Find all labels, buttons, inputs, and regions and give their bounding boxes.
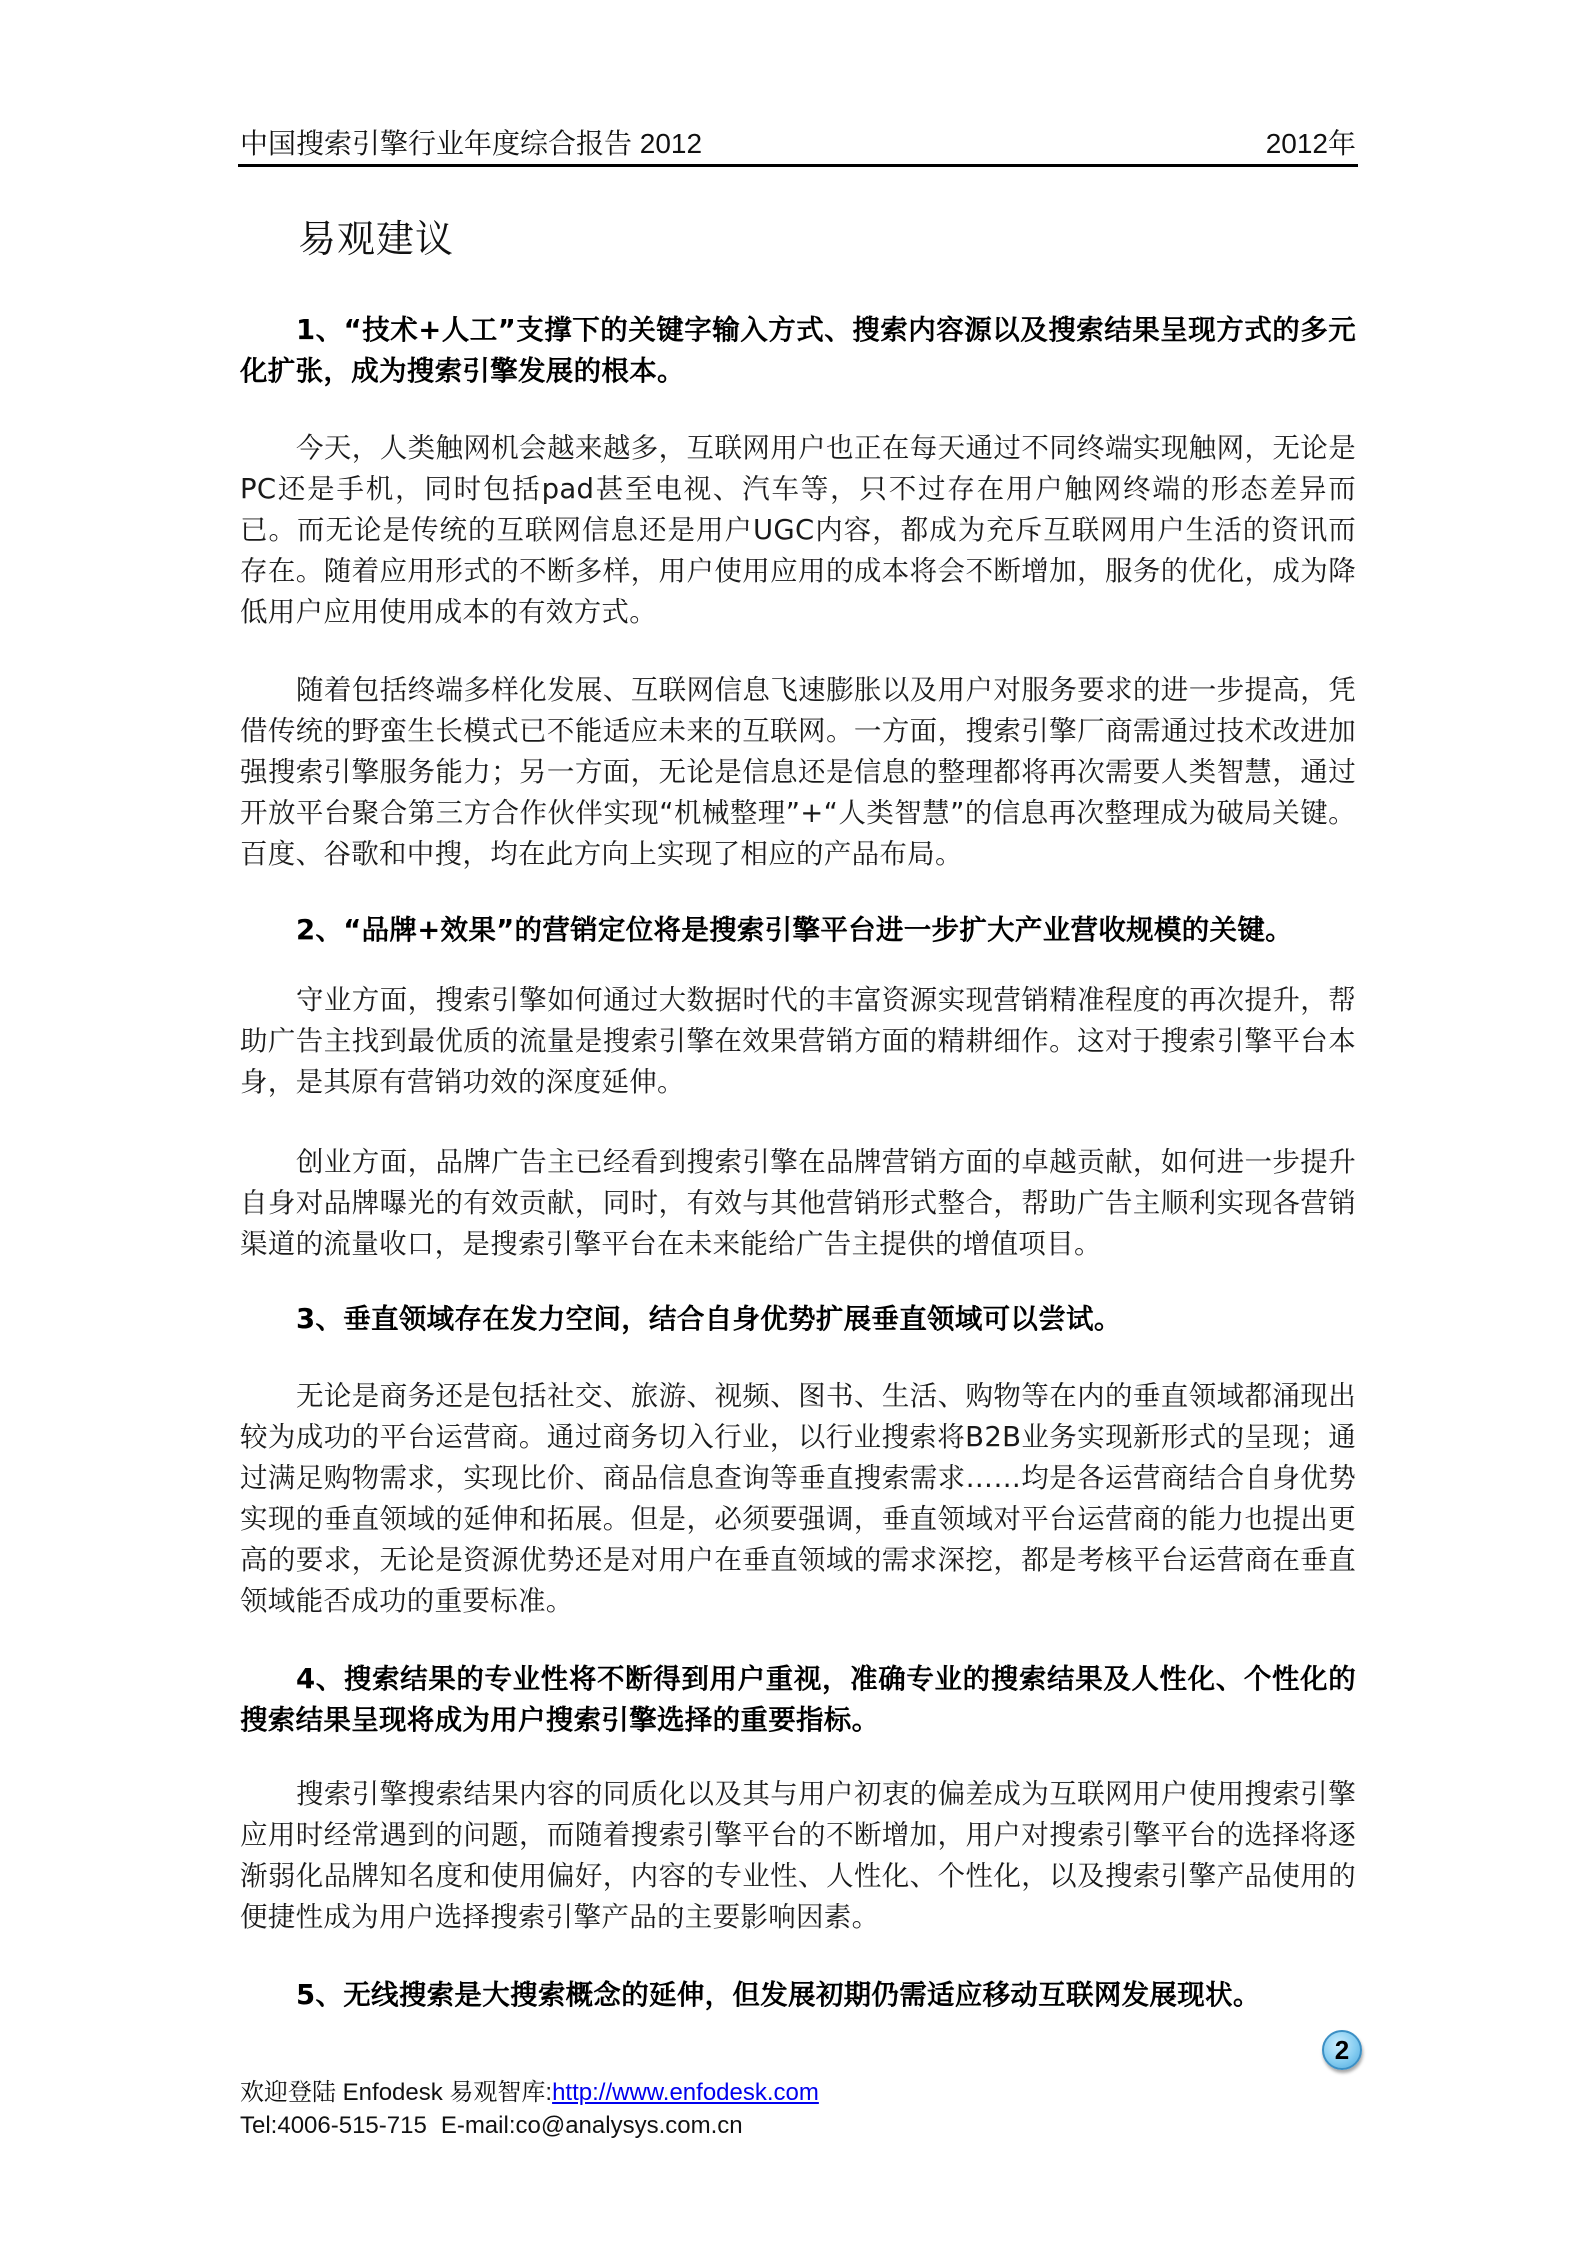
section-heading-2: 2、“品牌+效果”的营销定位将是搜索引擎平台进一步扩大产业营收规模的关键。	[240, 910, 1356, 951]
footer-line-1: 欢迎登陆 Enfodesk 易观智库:http://www.enfodesk.c…	[240, 2072, 819, 2107]
page-number-badge: 2	[1322, 2030, 1362, 2070]
enfodesk-link[interactable]: http://www.enfodesk.com	[552, 2079, 819, 2106]
report-title: 中国搜索引擎行业年度综合报告 2012	[240, 122, 702, 162]
section-heading-1: 1、“技术+人工”支撑下的关键字输入方式、搜索内容源以及搜索结果呈现方式的多元化…	[240, 310, 1356, 392]
document-page: 中国搜索引擎行业年度综合报告 2012 2012年 易观建议 1、“技术+人工”…	[0, 0, 1587, 2245]
header-divider	[238, 164, 1358, 167]
paragraph-4-1: 搜索引擎搜索结果内容的同质化以及其与用户初衷的偏差成为互联网用户使用搜索引擎应用…	[240, 1774, 1356, 1938]
section-heading-3: 3、垂直领域存在发力空间，结合自身优势扩展垂直领域可以尝试。	[240, 1299, 1356, 1340]
page-title: 易观建议	[298, 208, 454, 263]
paragraph-2-2: 创业方面，品牌广告主已经看到搜索引擎在品牌营销方面的卓越贡献，如何进一步提升自身…	[240, 1142, 1356, 1265]
year-label: 2012年	[1266, 122, 1356, 162]
section-heading-5: 5、无线搜索是大搜索概念的延伸，但发展初期仍需适应移动互联网发展现状。	[240, 1975, 1356, 2016]
footer-email: E-mail:co@analysys.com.cn	[441, 2112, 743, 2139]
footer-tel: Tel:4006-515-715	[240, 2112, 427, 2139]
footer-welcome-text: 欢迎登陆 Enfodesk 易观智库:	[240, 2079, 552, 2106]
paragraph-1-2: 随着包括终端多样化发展、互联网信息飞速膨胀以及用户对服务要求的进一步提高，凭借传…	[240, 670, 1356, 875]
paragraph-1-1: 今天，人类触网机会越来越多，互联网用户也正在每天通过不同终端实现触网，无论是PC…	[240, 428, 1356, 633]
footer-line-2: Tel:4006-515-715E-mail:co@analysys.com.c…	[240, 2112, 743, 2140]
paragraph-2-1: 守业方面，搜索引擎如何通过大数据时代的丰富资源实现营销精准程度的再次提升，帮助广…	[240, 980, 1356, 1103]
page-header: 中国搜索引擎行业年度综合报告 2012 2012年	[240, 118, 1356, 162]
paragraph-3-1: 无论是商务还是包括社交、旅游、视频、图书、生活、购物等在内的垂直领域都涌现出较为…	[240, 1376, 1356, 1622]
section-heading-4: 4、搜索结果的专业性将不断得到用户重视，准确专业的搜索结果及人性化、个性化的搜索…	[240, 1659, 1356, 1741]
